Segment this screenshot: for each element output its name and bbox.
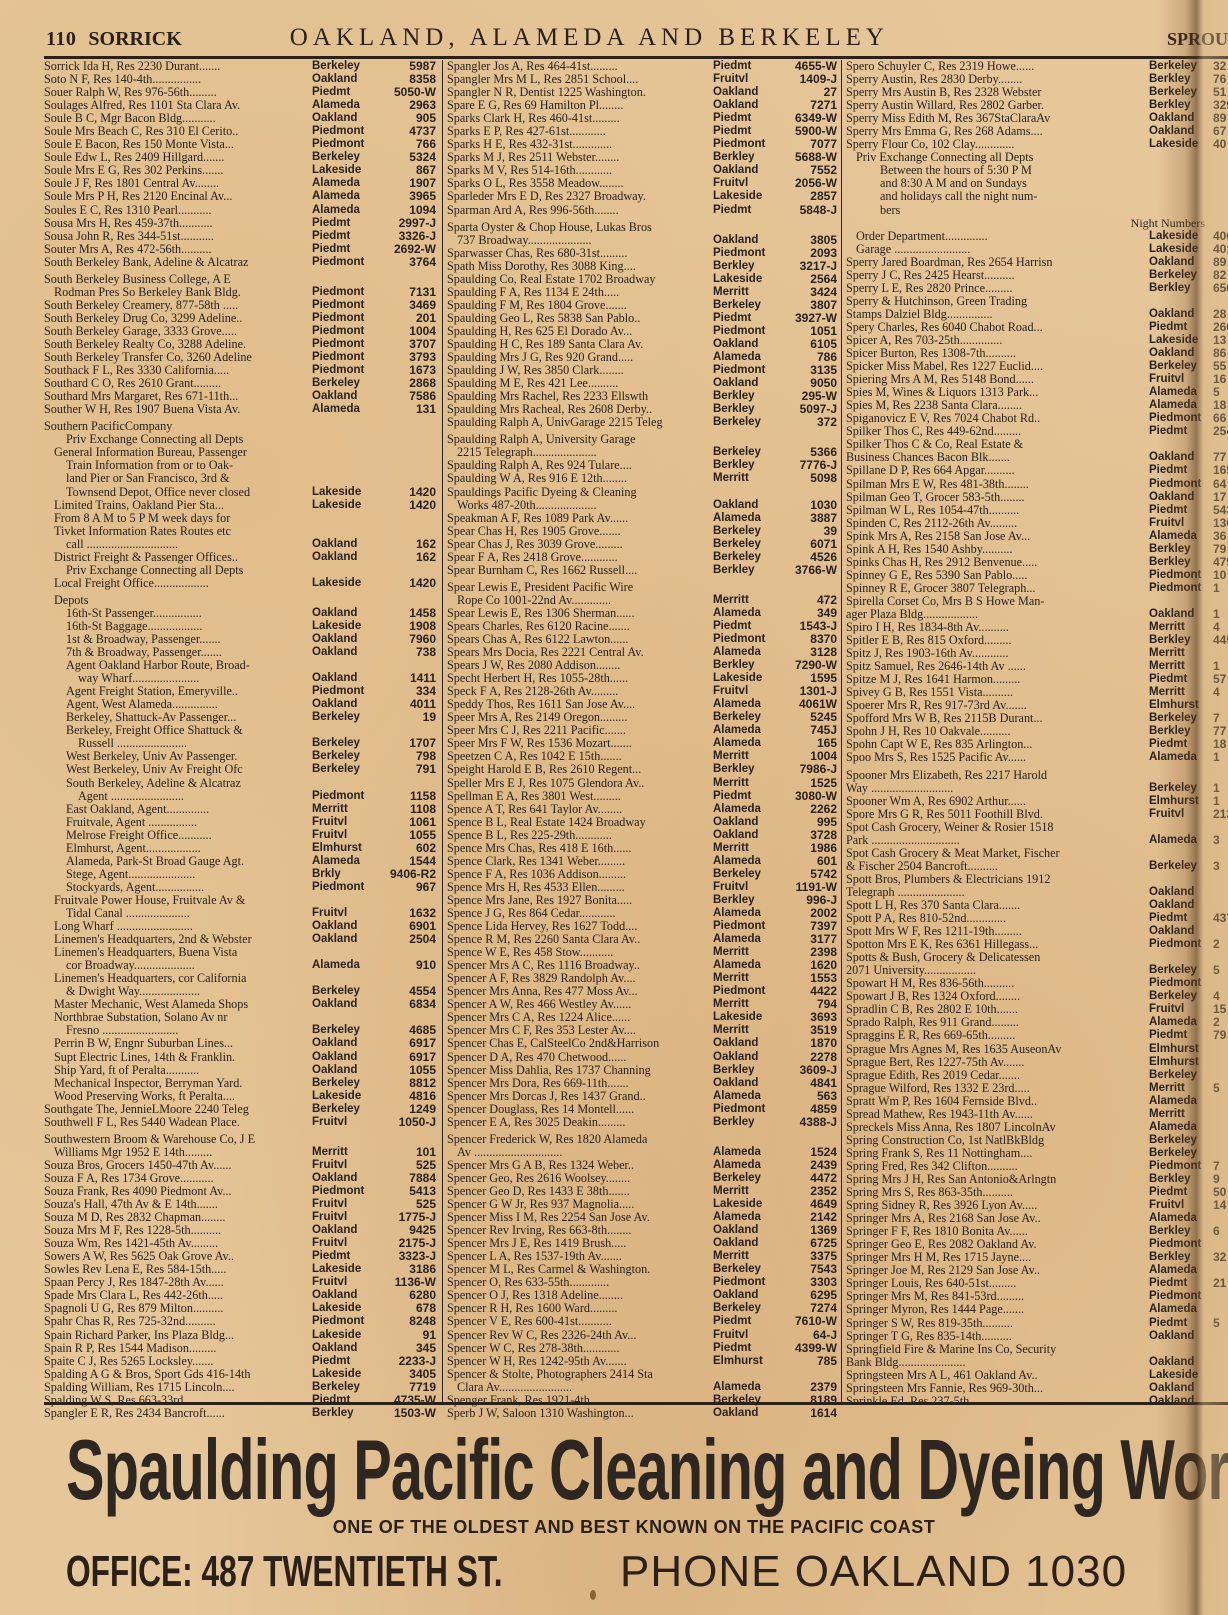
entry-exchange: Merritt bbox=[713, 946, 779, 959]
entry-name: Sprague Bert, Res 1227-75th Av....... bbox=[846, 1056, 1149, 1069]
entry-exchange: Berkley bbox=[713, 459, 779, 472]
directory-entry: Telegraph ......................Oakland bbox=[846, 886, 1228, 899]
entry-name: Sousa John R, Res 344-51st........... bbox=[44, 230, 312, 243]
entry-phone-number bbox=[1213, 1264, 1228, 1277]
directory-entry: Spot Cash Grocery & Meat Market, Fischer bbox=[846, 847, 1228, 860]
entry-name: Spowart H M, Res 836-56th.......... bbox=[846, 977, 1149, 990]
entry-name: Stockyards, Agent................ bbox=[44, 881, 312, 894]
entry-name: Spot Cash Grocery & Meat Market, Fischer bbox=[846, 847, 1149, 860]
entry-exchange: Piedmont bbox=[1149, 938, 1213, 951]
entry-exchange: Fruitvl bbox=[312, 907, 378, 920]
directory-entry: South Berkeley Bank, Adeline & AlcatrazP… bbox=[44, 256, 436, 269]
entry-phone-number: 1 bbox=[1213, 608, 1228, 621]
entry-exchange bbox=[1149, 190, 1213, 203]
directory-entry: cor Broadway....................Alameda9… bbox=[44, 959, 436, 972]
entry-exchange: Fruitvl bbox=[312, 816, 378, 829]
entry-exchange: Lakeside bbox=[713, 1198, 779, 1211]
directory-entry: Spring Frank S, Res 11 Nottingham....Ber… bbox=[846, 1147, 1228, 1160]
entry-name: Sperry Flour Co, 102 Clay............. bbox=[846, 138, 1149, 151]
directory-entry: Speer Mrs C J, Res 2211 Pacific.......Al… bbox=[447, 724, 837, 737]
entry-phone-number bbox=[378, 273, 436, 286]
directory-entry: Sprague Wilford, Res 1332 E 23rd.....Mer… bbox=[846, 1082, 1228, 1095]
entry-name: Soules E C, Res 1310 Pearl........... bbox=[44, 204, 312, 217]
entry-exchange: Alameda bbox=[312, 403, 378, 416]
entry-phone-number: 1 bbox=[1213, 782, 1228, 795]
directory-entry: 737 Broadway.....................Oakland… bbox=[447, 234, 837, 247]
entry-exchange: Oakland bbox=[1149, 886, 1213, 899]
entry-name: Spade Mrs Clara L, Res 442-26th..... bbox=[44, 1289, 312, 1302]
directory-entry: 16th-St Passenger................Oakland… bbox=[44, 607, 436, 620]
entry-exchange: Piedmt bbox=[1149, 504, 1213, 517]
directory-entry: Spaulding W A, Res 916 E 12th........Mer… bbox=[447, 472, 837, 485]
entry-exchange bbox=[1149, 295, 1213, 308]
entry-exchange: Piedmont bbox=[713, 920, 779, 933]
directory-entry: South Berkeley, Adeline & Alcatraz bbox=[44, 777, 436, 790]
entry-exchange: Lakeside bbox=[1149, 243, 1213, 256]
entry-name: Spread Mathew, Res 1943-11th Av...... bbox=[846, 1108, 1149, 1121]
entry-exchange: Piedmt bbox=[1149, 912, 1213, 925]
paper-stain bbox=[590, 1590, 596, 1600]
entry-exchange: Piedmont bbox=[713, 1276, 779, 1289]
directory-entry: Townsend Depot, Office never closedLakes… bbox=[44, 486, 436, 499]
entry-exchange: Berkley bbox=[713, 763, 779, 776]
entry-phone-number: 1055 bbox=[378, 1064, 436, 1077]
entry-phone-number bbox=[378, 525, 436, 538]
entry-exchange: Alameda bbox=[713, 1211, 779, 1224]
directory-entry: Spery Charles, Res 6040 Chabot Road...Pi… bbox=[846, 321, 1228, 334]
entry-name: Linemen's Headquarters, cor California bbox=[44, 972, 312, 985]
directory-entry: Spies M, Res 2238 Santa Clara........Ala… bbox=[846, 399, 1228, 412]
entry-name: Agent ........................ bbox=[44, 790, 312, 803]
directory-entry: Spinney G E, Res 5390 San Pablo.....Pied… bbox=[846, 569, 1228, 582]
directory-entry: Spring Fred, Res 342 Clifton..........Pi… bbox=[846, 1160, 1228, 1173]
entry-phone-number: 76 bbox=[1213, 73, 1228, 86]
entry-name: Spencer Miss Dahlia, Res 1737 Channing bbox=[447, 1064, 713, 1077]
entry-name: Spitze M J, Res 1641 Harmon......... bbox=[846, 673, 1149, 686]
entry-name: South Berkeley Bank, Adeline & Alcatraz bbox=[44, 256, 312, 269]
entry-exchange: Oakland bbox=[713, 86, 779, 99]
entry-exchange bbox=[312, 946, 378, 959]
entry-name: Spear Burnham C, Res 1662 Russell.... bbox=[447, 564, 713, 577]
entry-exchange bbox=[1149, 951, 1213, 964]
entry-phone-number: 13 bbox=[1213, 334, 1228, 347]
entry-exchange: Alameda bbox=[312, 959, 378, 972]
directory-entry: 2071 University.................Berkeley… bbox=[846, 964, 1228, 977]
entry-phone-number: 3887 bbox=[779, 512, 837, 525]
entry-name: Spencer O, Res 633-55th............. bbox=[447, 1276, 713, 1289]
entry-phone-number bbox=[1213, 1108, 1228, 1121]
directory-entry: Spencer Mrs J E, Res 1419 Brush.....Oakl… bbox=[447, 1237, 837, 1250]
directory-entry: Spare E G, Res 69 Hamilton Pl........Oak… bbox=[447, 99, 837, 112]
entry-exchange: Lakeside bbox=[713, 1011, 779, 1024]
directory-entry: Spaulding F A, Res 1134 E 24th.....Merri… bbox=[447, 286, 837, 299]
entry-phone-number: 1 bbox=[1213, 582, 1228, 595]
entry-exchange: Oakland bbox=[312, 390, 378, 403]
directory-entry: 16th-St Baggage..................Lakesid… bbox=[44, 620, 436, 633]
directory-page: 110 SORRICK OAKLAND, ALAMEDA AND BERKELE… bbox=[0, 0, 1228, 1615]
entry-exchange: Alameda bbox=[713, 512, 779, 525]
entry-phone-number: 2233-J bbox=[378, 1355, 436, 1368]
entry-exchange: Berkley bbox=[1149, 543, 1213, 556]
entry-name: Springer Geo E, Res 2082 Oakland Av. bbox=[846, 1238, 1149, 1251]
entry-phone-number: 2997-J bbox=[378, 217, 436, 230]
directory-entry: Soulages Alfred, Res 1101 Sta Clara Av.A… bbox=[44, 99, 436, 112]
entry-name: South Berkeley Business College, A E bbox=[44, 273, 312, 286]
entry-exchange bbox=[1149, 847, 1213, 860]
directory-entry: Fruitvale Power House, Fruitvale Av & bbox=[44, 894, 436, 907]
entry-exchange: Oakland bbox=[713, 234, 779, 247]
directory-entry: land Pier or San Francisco, 3rd & bbox=[44, 472, 436, 485]
entry-phone-number: 32 bbox=[1213, 60, 1228, 73]
entry-name: Berkeley, Shattuck-Av Passenger... bbox=[44, 711, 312, 724]
entry-name: Springer F F, Res 1810 Bonita Av...... bbox=[846, 1225, 1149, 1238]
directory-entry: Agent, West Alameda...............Oaklan… bbox=[44, 698, 436, 711]
directory-entry: Spaulding H C, Res 189 Santa Clara Av.Oa… bbox=[447, 338, 837, 351]
directory-entry: Spencer O, Res 633-55th.............Pied… bbox=[447, 1276, 837, 1289]
entry-name: Sowers A W, Res 5625 Oak Grove Av.. bbox=[44, 1250, 312, 1263]
directory-entry: Spauldings Pacific Dyeing & Cleaning bbox=[447, 486, 837, 499]
entry-name: Wood Preserving Works, ft Peralta.... bbox=[44, 1090, 312, 1103]
entry-name: Fruitvale Power House, Fruitvale Av & bbox=[44, 894, 312, 907]
directory-entry: Spring Construction Co, 1st NatlBkBldgBe… bbox=[846, 1134, 1228, 1147]
entry-exchange: Lakeside bbox=[713, 672, 779, 685]
directory-entry: Sprague Mrs Agnes M, Res 1635 AuseonAvEl… bbox=[846, 1043, 1228, 1056]
entry-name: Works 487-20th.................... bbox=[447, 499, 713, 512]
entry-phone-number: 51 bbox=[1213, 86, 1228, 99]
entry-exchange: Oakland bbox=[1149, 125, 1213, 138]
entry-name: Springer Mrs M, Res 841-53rd......... bbox=[846, 1290, 1149, 1303]
entry-name: Speight Harold E B, Res 2610 Regent... bbox=[447, 763, 713, 776]
directory-entry: Sparks O L, Res 3558 Meadow........Fruit… bbox=[447, 177, 837, 190]
directory-entry: Spoo Mrs S, Res 1525 Pacific Av......Ala… bbox=[846, 751, 1228, 764]
directory-entry: Spaulding Mrs Racheal, Res 2608 Derby..B… bbox=[447, 403, 837, 416]
entry-phone-number: 39 bbox=[779, 525, 837, 538]
entry-exchange: Oakland bbox=[1149, 491, 1213, 504]
directory-entry: Speddy Thos, Res 1611 San Jose Av....Ala… bbox=[447, 698, 837, 711]
entry-name: Spreckels Miss Anna, Res 1807 LincolnAv bbox=[846, 1121, 1149, 1134]
directory-entry: 7th & Broadway, Passenger.......Oakland7… bbox=[44, 646, 436, 659]
entry-phone-number: 50 bbox=[1213, 1186, 1228, 1199]
entry-exchange: Berkley bbox=[1149, 556, 1213, 569]
entry-name: Spaulding Mrs Racheal, Res 2608 Derby.. bbox=[447, 403, 713, 416]
entry-exchange: Berkeley bbox=[312, 377, 378, 390]
entry-exchange: Oakland bbox=[312, 112, 378, 125]
directory-entry: Spencer E A, Res 3025 Deakin.........Ber… bbox=[447, 1116, 837, 1129]
entry-name: Spotts & Bush, Grocery & Delicatessen bbox=[846, 951, 1149, 964]
entry-name: Spivey G B, Res 1551 Vista.......... bbox=[846, 686, 1149, 699]
entry-name: Spraggins E R, Res 669-65th......... bbox=[846, 1029, 1149, 1042]
entry-name: Sparks O L, Res 3558 Meadow........ bbox=[447, 177, 713, 190]
entry-name: Spring Mrs J H, Res San Antonio&Arlngtn bbox=[846, 1173, 1149, 1186]
entry-exchange: Berkeley bbox=[312, 1077, 378, 1090]
entry-exchange: Berkeley bbox=[312, 763, 378, 776]
entry-exchange: Oakland bbox=[312, 672, 378, 685]
entry-exchange: Elmhurst bbox=[1149, 699, 1213, 712]
night-numbers-label: Night Numbers bbox=[846, 217, 1228, 230]
entry-phone-number bbox=[1213, 1382, 1228, 1395]
directory-entry: Spirella Corset Co, Mrs B S Howe Man- bbox=[846, 595, 1228, 608]
entry-phone-number: 3807 bbox=[779, 299, 837, 312]
entry-exchange: Merritt bbox=[713, 842, 779, 855]
entry-phone-number: 2439 bbox=[779, 1159, 837, 1172]
entry-phone-number: 910 bbox=[378, 959, 436, 972]
entry-name: Spencer Geo D, Res 1433 E 38th....... bbox=[447, 1185, 713, 1198]
directory-entry: Specht Herbert H, Res 1055-28th......Lak… bbox=[447, 672, 837, 685]
directory-entry: Melrose Freight Office...........Fruitvl… bbox=[44, 829, 436, 842]
entry-phone-number bbox=[1213, 647, 1228, 660]
entry-exchange: Merritt bbox=[1149, 621, 1213, 634]
directory-entry: Spence J G, Res 864 Cedar............Ala… bbox=[447, 907, 837, 920]
entry-exchange: Fruitvl bbox=[713, 685, 779, 698]
entry-exchange: Piedmont bbox=[312, 325, 378, 338]
entry-exchange: Piedmt bbox=[713, 204, 779, 217]
entry-phone-number bbox=[1213, 821, 1228, 834]
entry-exchange: Berkeley bbox=[1149, 269, 1213, 282]
header-rule bbox=[44, 56, 1228, 59]
entry-exchange: Piedmont bbox=[312, 299, 378, 312]
entry-name: way Wharf...................... bbox=[44, 672, 312, 685]
directory-entry: Springer Joe M, Res 2129 San Jose Av..Al… bbox=[846, 1264, 1228, 1277]
directory-entry: Spiering Mrs A M, Res 5148 Bond......Fru… bbox=[846, 373, 1228, 386]
entry-name: Spaulding F M, Res 1804 Grove....... bbox=[447, 299, 713, 312]
entry-phone-number: 3 bbox=[1213, 860, 1228, 873]
entry-exchange: Oakland bbox=[1149, 899, 1213, 912]
entry-exchange: Fruitvl bbox=[713, 881, 779, 894]
entry-exchange: Piedmont bbox=[713, 325, 779, 338]
entry-exchange: Berkley bbox=[1149, 1251, 1213, 1264]
directory-entry: Spangler N R, Dentist 1225 Washington.Oa… bbox=[447, 86, 837, 99]
entry-phone-number bbox=[1213, 1212, 1228, 1225]
directory-entry: Spring Mrs J H, Res San Antonio&ArlngtnB… bbox=[846, 1173, 1228, 1186]
directory-entry: Sperry & Hutchinson, Green Trading bbox=[846, 295, 1228, 308]
entry-phone-number bbox=[1213, 699, 1228, 712]
entry-name: Spencer M L, Res Carmel & Washington. bbox=[447, 1263, 713, 1276]
directory-entry: East Oakland, Agent..............Merritt… bbox=[44, 803, 436, 816]
entry-exchange: Merritt bbox=[1149, 686, 1213, 699]
entry-name: Soule Mrs E G, Res 302 Perkins....... bbox=[44, 164, 312, 177]
entry-name: Spofford Mrs W B, Res 2115B Durant... bbox=[846, 712, 1149, 725]
entry-name: Spirella Corset Co, Mrs B S Howe Man- bbox=[846, 595, 1149, 608]
entry-phone-number: 2278 bbox=[779, 1051, 837, 1064]
directory-entry: Spiganovicz E V, Res 7024 Chabot Rd..Pie… bbox=[846, 412, 1228, 425]
entry-phone-number bbox=[779, 486, 837, 499]
directory-entry: Spaulding Ralph A, University Garage bbox=[447, 433, 837, 446]
directory-entry: South Berkeley Realty Co, 3288 Adeline.P… bbox=[44, 338, 436, 351]
entry-name: Spotton Mrs E K, Res 6361 Hillegass... bbox=[846, 938, 1149, 951]
entry-name: 2071 University................. bbox=[846, 964, 1149, 977]
entry-name: Spence W E, Res 458 Stow........... bbox=[447, 946, 713, 959]
entry-phone-number: 1420 bbox=[378, 486, 436, 499]
entry-exchange: Piedmt bbox=[713, 620, 779, 633]
entry-name: Spero Schuyler C, Res 2319 Howe...... bbox=[846, 60, 1149, 73]
entry-exchange: Fruitvl bbox=[713, 177, 779, 190]
entry-exchange: Oakland bbox=[1149, 451, 1213, 464]
entry-exchange: Berkeley bbox=[1149, 360, 1213, 373]
entry-exchange: Lakeside bbox=[713, 273, 779, 286]
directory-entry: Spears J W, Res 2080 Addison........Berk… bbox=[447, 659, 837, 672]
entry-phone-number bbox=[1213, 1343, 1228, 1356]
entry-exchange: Merritt bbox=[713, 998, 779, 1011]
entry-name: Spilker Thos C, Res 449-62nd......... bbox=[846, 425, 1149, 438]
entry-name: Spalding William, Res 1715 Lincoln.... bbox=[44, 1381, 312, 1394]
entry-name: Stamps Dalziel Bldg............... bbox=[846, 308, 1149, 321]
entry-name: Russell ....................... bbox=[44, 737, 312, 750]
entry-name: Business Chances Bacon Blk....... bbox=[846, 451, 1149, 464]
entry-exchange: Berkeley bbox=[713, 538, 779, 551]
entry-phone-number: 77 bbox=[1213, 725, 1228, 738]
entry-name: Soule Mrs Beach C, Res 310 El Cerito.. bbox=[44, 125, 312, 138]
entry-phone-number: 472 bbox=[779, 594, 837, 607]
directory-entry: Speller Mrs E J, Res 1075 Glendora Av..M… bbox=[447, 777, 837, 790]
entry-name: Spott L H, Res 370 Santa Clara....... bbox=[846, 899, 1149, 912]
entry-phone-number bbox=[1213, 1369, 1228, 1382]
entry-phone-number bbox=[1213, 295, 1228, 308]
entry-phone-number: 16 bbox=[1213, 373, 1228, 386]
entry-exchange: Oakland bbox=[312, 920, 378, 933]
directory-entry: Spitler E B, Res 815 Oxford.........Berk… bbox=[846, 634, 1228, 647]
entry-exchange bbox=[312, 433, 378, 446]
entry-exchange: Oakland bbox=[1149, 256, 1213, 269]
entry-name: Souza Wm, Res 1421-45th Av......... bbox=[44, 1237, 312, 1250]
entry-exchange: Oakland bbox=[1149, 925, 1213, 938]
entry-name: Park ............................. bbox=[846, 834, 1149, 847]
entry-exchange: Oakland bbox=[1149, 1356, 1213, 1369]
directory-entry: Spangler Mrs M L, Res 2851 School....Fru… bbox=[447, 73, 837, 86]
entry-name: Sparks M J, Res 2511 Webster........ bbox=[447, 151, 713, 164]
ad-title: Spaulding Pacific Cleaning and Dyeing Wo… bbox=[66, 1421, 1228, 1519]
entry-phone-number: 3927-W bbox=[779, 312, 837, 325]
entry-phone-number bbox=[1213, 1121, 1228, 1134]
entry-name: Spauldings Pacific Dyeing & Cleaning bbox=[447, 486, 713, 499]
entry-phone-number bbox=[378, 1133, 436, 1146]
entry-exchange: Lakeside bbox=[1149, 1369, 1213, 1382]
entry-name: Springer S W, Res 819-35th.......... bbox=[846, 1317, 1149, 1330]
entry-name: Souter Mrs A, Res 472-56th.......... bbox=[44, 243, 312, 256]
entry-phone-number: 2 bbox=[1213, 1016, 1228, 1029]
entry-name: Spies M, Wines & Liquors 1313 Park... bbox=[846, 386, 1149, 399]
entry-name: Limited Trains, Oakland Pier Sta... bbox=[44, 499, 312, 512]
directory-entry: Spore Mrs G R, Res 5011 Foothill Blvd.Fr… bbox=[846, 808, 1228, 821]
entry-name: Spears Charles, Res 6120 Racine....... bbox=[447, 620, 713, 633]
directory-entry: Berkeley, Freight Office Shattuck & bbox=[44, 724, 436, 737]
entry-exchange: Alameda bbox=[312, 190, 378, 203]
directory-entry: Sprague Bert, Res 1227-75th Av.......Elm… bbox=[846, 1056, 1228, 1069]
entry-phone-number: 4 bbox=[1213, 686, 1228, 699]
entry-phone-number: 7131 bbox=[378, 286, 436, 299]
entry-name: 2215 Telegraph..................... bbox=[447, 446, 713, 459]
directory-entry: Alameda, Park-St Broad Gauge Agt.Alameda… bbox=[44, 855, 436, 868]
entry-exchange: Fruitvl bbox=[312, 829, 378, 842]
entry-exchange: Lakeside bbox=[312, 486, 378, 499]
directory-entry: Spaan Percy J, Res 1847-28th Av......Fru… bbox=[44, 1276, 436, 1289]
directory-entry: Williams Mgr 1952 E 14th.........Merritt… bbox=[44, 1146, 436, 1159]
entry-exchange: Merritt bbox=[312, 803, 378, 816]
entry-exchange: Oakland bbox=[312, 1289, 378, 1302]
entry-exchange: Berkley bbox=[713, 1116, 779, 1129]
directory-entry: Rope Co 1001-22nd Av.............Merritt… bbox=[447, 594, 837, 607]
directory-entry: Spade Mrs Clara L, Res 442-26th.....Oakl… bbox=[44, 1289, 436, 1302]
entry-name: Spangler Mrs M L, Res 2851 School.... bbox=[447, 73, 713, 86]
entry-name: Spinden C, Res 2112-26th Av......... bbox=[846, 517, 1149, 530]
entry-name: Spath Miss Dorothy, Res 3088 King.... bbox=[447, 260, 713, 273]
entry-name: Priv Exchange Connecting all Depts bbox=[846, 151, 1149, 164]
entry-name: Souza Mrs M F, Res 1228-5th.......... bbox=[44, 1224, 312, 1237]
entry-name: Soule E Bacon, Res 150 Monte Vista... bbox=[44, 138, 312, 151]
entry-name: Spears Chas A, Res 6122 Lawton...... bbox=[447, 633, 713, 646]
entry-exchange: Oakland bbox=[713, 1037, 779, 1050]
entry-phone-number bbox=[378, 594, 436, 607]
entry-exchange: Oakland bbox=[312, 646, 378, 659]
entry-phone-number: 1158 bbox=[378, 790, 436, 803]
entry-exchange: Alameda bbox=[713, 803, 779, 816]
entry-name: Speller Mrs E J, Res 1075 Glendora Av.. bbox=[447, 777, 713, 790]
entry-phone-number bbox=[378, 420, 436, 433]
directory-entry: Spain R P, Res 1544 Madison.........Oakl… bbox=[44, 1342, 436, 1355]
entry-exchange: Berkley bbox=[1149, 725, 1213, 738]
entry-name: Fruitvale, Agent ................ bbox=[44, 816, 312, 829]
directory-entry: Spence Clark, Res 1341 Weber.........Ala… bbox=[447, 855, 837, 868]
entry-phone-number: 3405 bbox=[378, 1368, 436, 1381]
directory-entry: Spilker Thos C, Res 449-62nd.........Pie… bbox=[846, 425, 1228, 438]
entry-exchange: Berkeley bbox=[1149, 1134, 1213, 1147]
directory-entry: Spalding A G & Bros, Sport Gds 416-14thL… bbox=[44, 1368, 436, 1381]
entry-phone-number: 1191-W bbox=[779, 881, 837, 894]
entry-exchange: Alameda bbox=[1149, 1016, 1213, 1029]
entry-name: Spaite C J, Res 5265 Locksley....... bbox=[44, 1355, 312, 1368]
entry-phone-number: 1653 bbox=[1213, 464, 1228, 477]
directory-entry: Spink A H, Res 1540 Ashby..........Berkl… bbox=[846, 543, 1228, 556]
entry-exchange: Berkeley bbox=[713, 711, 779, 724]
directory-entry: Spencer & Stolte, Photographers 2414 Sta bbox=[447, 1368, 837, 1381]
entry-exchange bbox=[1149, 204, 1213, 217]
entry-exchange bbox=[312, 972, 378, 985]
entry-phone-number: 3469 bbox=[378, 299, 436, 312]
entry-name: Spilman Mrs E W, Res 481-38th........ bbox=[846, 478, 1149, 491]
directory-entry: call ..............................Oakla… bbox=[44, 538, 436, 551]
entry-phone-number: 8248 bbox=[378, 1315, 436, 1328]
entry-exchange: Piedmt bbox=[713, 1315, 779, 1328]
directory-entry: Spencer V E, Res 600-41st...........Pied… bbox=[447, 1315, 837, 1328]
directory-entry: Ship Yard, ft of Peralta...........Oakla… bbox=[44, 1064, 436, 1077]
entry-exchange: Merritt bbox=[713, 777, 779, 790]
directory-entry: Speck F A, Res 2128-26th Av.........Frui… bbox=[447, 685, 837, 698]
entry-exchange: Elmhurst bbox=[1149, 1043, 1213, 1056]
entry-name: call .............................. bbox=[44, 538, 312, 551]
directory-entry: Spitz Samuel, Res 2646-14th Av ......Mer… bbox=[846, 660, 1228, 673]
directory-entry: Spain Richard Parker, Ins Plaza Bldg...L… bbox=[44, 1329, 436, 1342]
directory-entry: Garage .........................Lakeside… bbox=[846, 243, 1228, 256]
directory-entry: Spencer Douglass, Res 14 Montell......Pi… bbox=[447, 1103, 837, 1116]
entry-exchange bbox=[312, 459, 378, 472]
entry-exchange bbox=[312, 273, 378, 286]
entry-exchange: Alameda bbox=[1149, 399, 1213, 412]
entry-phone-number bbox=[378, 433, 436, 446]
entry-exchange: Alameda bbox=[713, 907, 779, 920]
entry-name: Soule J F, Res 1801 Central Av........ bbox=[44, 177, 312, 190]
directory-entry: Springsteen Mrs Fannie, Res 969-30th...O… bbox=[846, 1382, 1228, 1395]
entry-name: Sprague Wilford, Res 1332 E 23rd..... bbox=[846, 1082, 1149, 1095]
entry-name: Spence Mrs Chas, Res 418 E 16th...... bbox=[447, 842, 713, 855]
entry-name: & Dwight Way.................... bbox=[44, 985, 312, 998]
entry-name: West Berkeley, Univ Av Passenger. bbox=[44, 750, 312, 763]
entry-name: Spencer Mrs A C, Res 1116 Broadway.. bbox=[447, 959, 713, 972]
entry-phone-number: 3728 bbox=[779, 829, 837, 842]
entry-exchange: Piedmt bbox=[312, 243, 378, 256]
entry-exchange: Alameda bbox=[1149, 530, 1213, 543]
directory-entry: Spillane D P, Res 664 Apgar..........Pie… bbox=[846, 464, 1228, 477]
directory-entry: Spencer Rev W C, Res 2326-24th Av...Frui… bbox=[447, 1329, 837, 1342]
entry-name: Springsteen Mrs A L, 461 Oakland Av.. bbox=[846, 1369, 1149, 1382]
